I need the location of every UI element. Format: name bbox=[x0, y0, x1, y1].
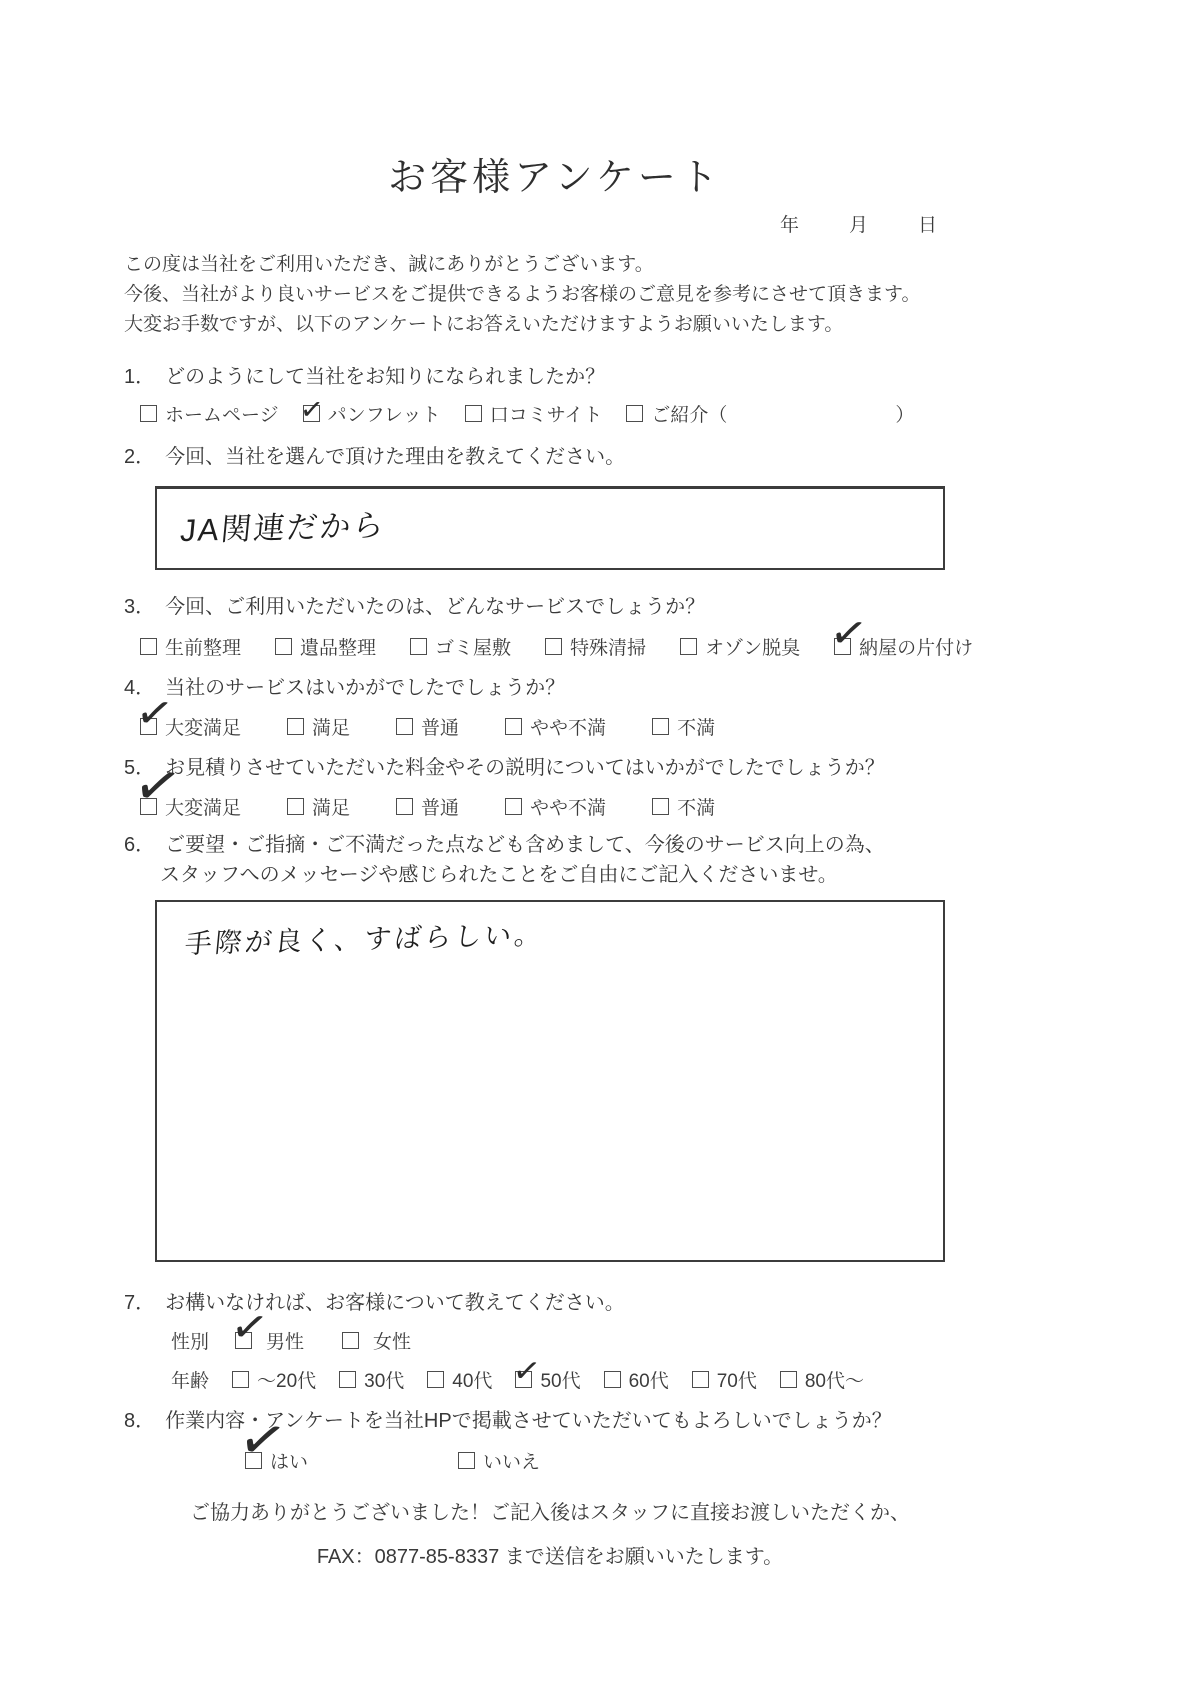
checkbox-age-30s[interactable] bbox=[339, 1371, 356, 1388]
option-label-ozone: オゾン脱臭 bbox=[705, 633, 800, 660]
question-5-options: 大変満足 満足 普通 やや不満 不満 bbox=[140, 793, 715, 820]
option-ozone: オゾン脱臭 bbox=[680, 633, 800, 660]
option-label-q4-very-satisfied: 大変満足 bbox=[165, 713, 241, 740]
checkbox-q5-satisfied[interactable] bbox=[287, 798, 304, 815]
checkbox-q5-very-satisfied[interactable] bbox=[140, 798, 157, 815]
option-label-q4-somewhat-dissatisfied: やや不満 bbox=[530, 713, 606, 740]
checkbox-q4-satisfied[interactable] bbox=[287, 718, 304, 735]
question-6-heading: 6．ご要望・ご指摘・ご不満だった点なども含めまして、今後のサービス向上の為、 bbox=[124, 828, 885, 857]
checkbox-ihin-seiri[interactable] bbox=[275, 638, 292, 655]
checkbox-tokushu-seisou[interactable] bbox=[545, 638, 562, 655]
option-naya: 納屋の片付け bbox=[834, 633, 973, 660]
option-label-q5-somewhat-dissatisfied: やや不満 bbox=[530, 793, 606, 820]
option-no: いいえ bbox=[458, 1447, 540, 1474]
checkbox-pamphlet[interactable] bbox=[303, 405, 320, 422]
checkbox-q5-neutral[interactable] bbox=[396, 798, 413, 815]
option-label-q5-neutral: 普通 bbox=[421, 793, 459, 820]
option-age-80s: 80代～ bbox=[780, 1366, 864, 1393]
option-label-referral: ご紹介（ bbox=[651, 400, 727, 427]
question-5-heading: 5．お見積りさせていただいた料金やその説明についてはいかがでしたでしょうか？ bbox=[124, 751, 885, 780]
option-label-q5-dissatisfied: 不満 bbox=[677, 793, 715, 820]
answer-box-q2[interactable]: JA関連だから bbox=[155, 486, 945, 570]
question-2-heading: 2．今回、当社を選んで頂けた理由を教えてください。 bbox=[124, 440, 625, 469]
option-gomi-yashiki: ゴミ屋敷 bbox=[410, 633, 511, 660]
option-age-20s: ～20代 bbox=[232, 1366, 316, 1393]
question-7-heading: 7．お構いなければ、お客様について教えてください。 bbox=[124, 1286, 625, 1315]
option-label-seizen-seiri: 生前整理 bbox=[165, 633, 241, 660]
option-label-review-site: 口コミサイト bbox=[490, 400, 603, 427]
option-label-age-80s: 80代～ bbox=[805, 1366, 864, 1393]
question-1-number: 1． bbox=[124, 366, 155, 388]
option-label-no: いいえ bbox=[483, 1447, 540, 1474]
question-4-text: 当社のサービスはいかがでしたでしょうか？ bbox=[165, 677, 565, 699]
age-label: 年齢 bbox=[171, 1366, 209, 1393]
option-q5-satisfied: 満足 bbox=[287, 793, 350, 820]
date-line: 年 月 日 bbox=[780, 210, 937, 237]
option-age-50s: 50代 bbox=[515, 1366, 580, 1393]
gender-row: 性別 男性 女性 bbox=[171, 1327, 411, 1354]
referral-paren-close: ） bbox=[895, 400, 914, 427]
option-tokushu-seisou: 特殊清掃 bbox=[545, 633, 646, 660]
gender-label: 性別 bbox=[171, 1327, 209, 1354]
option-label-q4-neutral: 普通 bbox=[421, 713, 459, 740]
question-5-text: お見積りさせていただいた料金やその説明についてはいかがでしたでしょうか？ bbox=[165, 757, 885, 779]
survey-sheet: お客様アンケート 年 月 日 この度は当社をご利用いただき、誠にありがとうござい… bbox=[0, 0, 1190, 1683]
option-ihin-seiri: 遺品整理 bbox=[275, 633, 376, 660]
checkbox-age-60s[interactable] bbox=[604, 1371, 621, 1388]
option-referral: ご紹介（ ） bbox=[626, 400, 914, 427]
option-yes: はい bbox=[245, 1447, 308, 1474]
option-label-male: 男性 bbox=[266, 1327, 304, 1354]
intro-paragraph: この度は当社をご利用いただき、誠にありがとうございます。 今後、当社がより良いサ… bbox=[124, 250, 920, 340]
question-6-text-line1: ご要望・ご指摘・ご不満だった点なども含めまして、今後のサービス向上の為、 bbox=[165, 834, 885, 856]
option-seizen-seiri: 生前整理 bbox=[140, 633, 241, 660]
checkbox-q4-dissatisfied[interactable] bbox=[652, 718, 669, 735]
checkbox-q5-somewhat-dissatisfied[interactable] bbox=[505, 798, 522, 815]
question-2-number: 2． bbox=[124, 446, 155, 468]
date-day-label: 日 bbox=[918, 210, 937, 237]
checkbox-naya[interactable] bbox=[834, 638, 851, 655]
option-q4-neutral: 普通 bbox=[396, 713, 459, 740]
checkbox-age-70s[interactable] bbox=[692, 1371, 709, 1388]
question-3-text: 今回、ご利用いただいたのは、どんなサービスでしょうか？ bbox=[165, 596, 705, 618]
option-homepage: ホームページ bbox=[140, 400, 279, 427]
answer-box-q6[interactable]: 手際が良く、すばらしい。 bbox=[155, 900, 945, 1262]
option-female: 女性 bbox=[342, 1327, 411, 1354]
checkbox-age-40s[interactable] bbox=[427, 1371, 444, 1388]
question-6-text-line2-row: スタッフへのメッセージや感じられたことをご自由にご記入くださいませ。 bbox=[160, 858, 838, 887]
option-age-70s: 70代 bbox=[692, 1366, 757, 1393]
date-month-label: 月 bbox=[849, 210, 868, 237]
intro-line-1: この度は当社をご利用いただき、誠にありがとうございます。 bbox=[124, 250, 920, 280]
option-age-60s: 60代 bbox=[604, 1366, 669, 1393]
option-review-site: 口コミサイト bbox=[465, 400, 603, 427]
question-8-options: はい いいえ bbox=[245, 1447, 540, 1474]
checkbox-review-site[interactable] bbox=[465, 405, 482, 422]
checkbox-q4-neutral[interactable] bbox=[396, 718, 413, 735]
checkbox-seizen-seiri[interactable] bbox=[140, 638, 157, 655]
question-4-options: 大変満足 満足 普通 やや不満 不満 bbox=[140, 713, 715, 740]
option-q5-very-satisfied: 大変満足 bbox=[140, 793, 241, 820]
checkbox-q5-dissatisfied[interactable] bbox=[652, 798, 669, 815]
checkbox-age-50s[interactable] bbox=[515, 1371, 532, 1388]
footer-line-1: ご協力ありがとうございました！ご記入後はスタッフに直接お渡しいただくか、 bbox=[0, 1496, 1190, 1525]
option-label-gomi-yashiki: ゴミ屋敷 bbox=[435, 633, 511, 660]
checkbox-ozone[interactable] bbox=[680, 638, 697, 655]
question-2-text: 今回、当社を選んで頂けた理由を教えてください。 bbox=[165, 446, 625, 468]
checkbox-age-80s[interactable] bbox=[780, 1371, 797, 1388]
date-year-label: 年 bbox=[780, 210, 799, 237]
option-q4-dissatisfied: 不満 bbox=[652, 713, 715, 740]
option-q4-somewhat-dissatisfied: やや不満 bbox=[505, 713, 606, 740]
checkbox-q4-very-satisfied[interactable] bbox=[140, 718, 157, 735]
handwritten-answer-q6: 手際が良く、すばらしい。 bbox=[183, 902, 943, 961]
checkbox-referral[interactable] bbox=[626, 405, 643, 422]
question-1-options: ホームページ パンフレット 口コミサイト ご紹介（ ） bbox=[140, 400, 914, 427]
question-6-number: 6． bbox=[124, 834, 155, 856]
age-row: 年齢 ～20代 30代 40代 50代 60代 70代 80代～ bbox=[171, 1366, 864, 1393]
option-label-tokushu-seisou: 特殊清掃 bbox=[570, 633, 646, 660]
option-pamphlet: パンフレット bbox=[303, 400, 441, 427]
option-q5-dissatisfied: 不満 bbox=[652, 793, 715, 820]
question-3-options: 生前整理 遺品整理 ゴミ屋敷 特殊清掃 オゾン脱臭 納屋の片付け bbox=[140, 633, 973, 660]
option-label-age-50s: 50代 bbox=[540, 1366, 580, 1393]
intro-line-3: 大変お手数ですが、以下のアンケートにお答えいただけますようお願いいたします。 bbox=[124, 310, 920, 340]
question-8-number: 8． bbox=[124, 1410, 155, 1432]
checkbox-homepage[interactable] bbox=[140, 405, 157, 422]
checkbox-gomi-yashiki[interactable] bbox=[410, 638, 427, 655]
option-label-age-40s: 40代 bbox=[452, 1366, 492, 1393]
option-label-age-20s: ～20代 bbox=[257, 1366, 316, 1393]
option-label-q4-dissatisfied: 不満 bbox=[677, 713, 715, 740]
question-3-number: 3． bbox=[124, 596, 155, 618]
question-8-heading: 8．作業内容・アンケートを当社HPで掲載させていただいてもよろしいでしょうか？ bbox=[124, 1404, 892, 1433]
question-6-text-line2: スタッフへのメッセージや感じられたことをご自由にご記入くださいませ。 bbox=[160, 864, 838, 886]
question-3-heading: 3．今回、ご利用いただいたのは、どんなサービスでしょうか？ bbox=[124, 590, 705, 619]
option-q4-satisfied: 満足 bbox=[287, 713, 350, 740]
option-age-30s: 30代 bbox=[339, 1366, 404, 1393]
checkbox-male[interactable] bbox=[235, 1332, 252, 1349]
checkbox-no[interactable] bbox=[458, 1452, 475, 1469]
footer-line-2: FAX：0877-85-8337 まで送信をお願いいたします。 bbox=[0, 1540, 1190, 1569]
option-q5-neutral: 普通 bbox=[396, 793, 459, 820]
option-q5-somewhat-dissatisfied: やや不満 bbox=[505, 793, 606, 820]
checkbox-female[interactable] bbox=[342, 1332, 359, 1349]
intro-line-2: 今後、当社がより良いサービスをご提供できるようお客様のご意見を参考にさせて頂きま… bbox=[124, 280, 920, 310]
question-1-text: どのようにして当社をお知りになられましたか？ bbox=[165, 366, 605, 388]
checkbox-yes[interactable] bbox=[245, 1452, 262, 1469]
option-label-female: 女性 bbox=[373, 1327, 411, 1354]
option-label-age-60s: 60代 bbox=[629, 1366, 669, 1393]
option-male: 男性 bbox=[235, 1327, 304, 1354]
option-label-age-70s: 70代 bbox=[717, 1366, 757, 1393]
option-label-pamphlet: パンフレット bbox=[328, 400, 441, 427]
question-4-heading: 4．当社のサービスはいかがでしたでしょうか？ bbox=[124, 671, 565, 700]
checkbox-q4-somewhat-dissatisfied[interactable] bbox=[505, 718, 522, 735]
option-label-homepage: ホームページ bbox=[165, 400, 279, 427]
option-q4-very-satisfied: 大変満足 bbox=[140, 713, 241, 740]
option-label-ihin-seiri: 遺品整理 bbox=[300, 633, 376, 660]
option-label-q4-satisfied: 満足 bbox=[312, 713, 350, 740]
option-label-age-30s: 30代 bbox=[364, 1366, 404, 1393]
checkbox-age-20s[interactable] bbox=[232, 1371, 249, 1388]
option-label-q5-satisfied: 満足 bbox=[312, 793, 350, 820]
option-age-40s: 40代 bbox=[427, 1366, 492, 1393]
page-title: お客様アンケート bbox=[0, 146, 1190, 201]
handwritten-answer-q2: JA関連だから bbox=[179, 485, 943, 550]
option-label-naya: 納屋の片付け bbox=[859, 633, 973, 660]
question-1-heading: 1．どのようにして当社をお知りになられましたか？ bbox=[124, 360, 605, 389]
question-7-number: 7． bbox=[124, 1292, 155, 1314]
